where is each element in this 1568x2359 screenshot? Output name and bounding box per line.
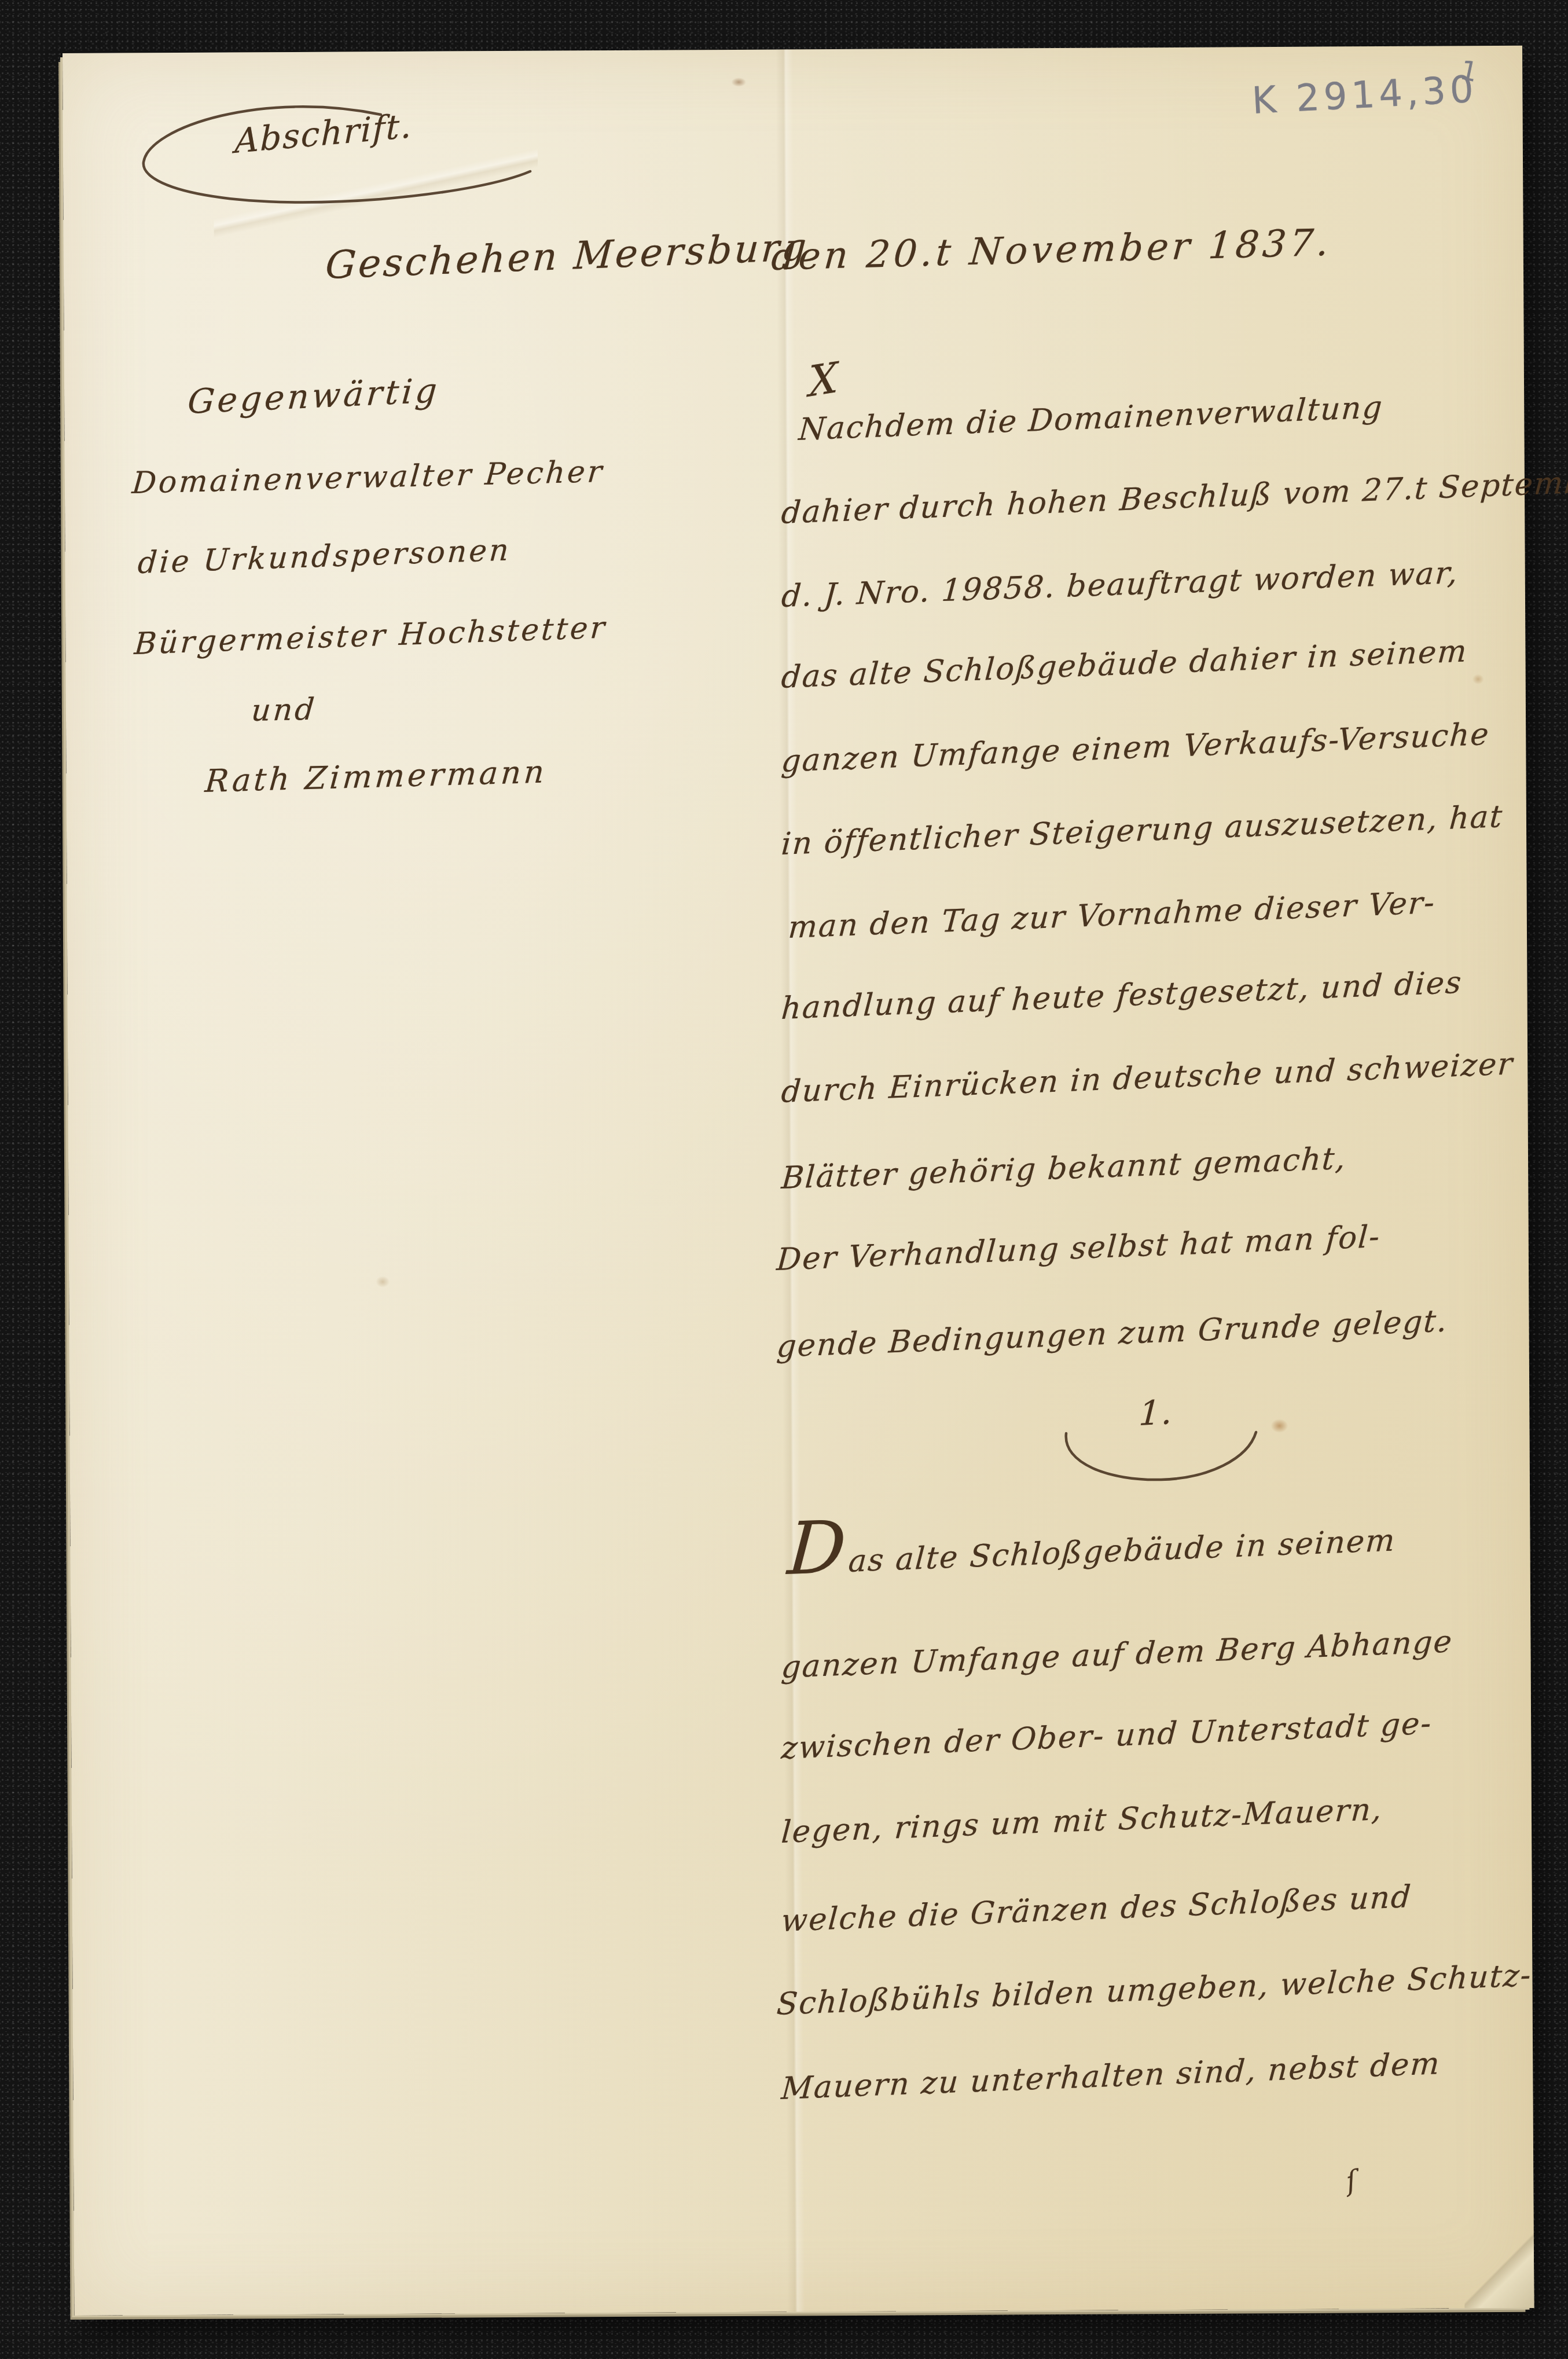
archival-scan: K 2914,30 1 Abschrift. Geschehen Meersbu… — [0, 0, 1568, 2359]
foxing-stain — [731, 78, 746, 87]
section-underline-flourish — [1057, 1417, 1265, 1492]
foxing-stain — [1270, 1419, 1288, 1433]
corner-fold — [1464, 2233, 1534, 2309]
foxing-stain — [376, 1276, 390, 1287]
foxing-stain — [1472, 674, 1484, 684]
margin-x-mark: X — [809, 353, 840, 406]
attendance-line: und — [250, 692, 318, 728]
